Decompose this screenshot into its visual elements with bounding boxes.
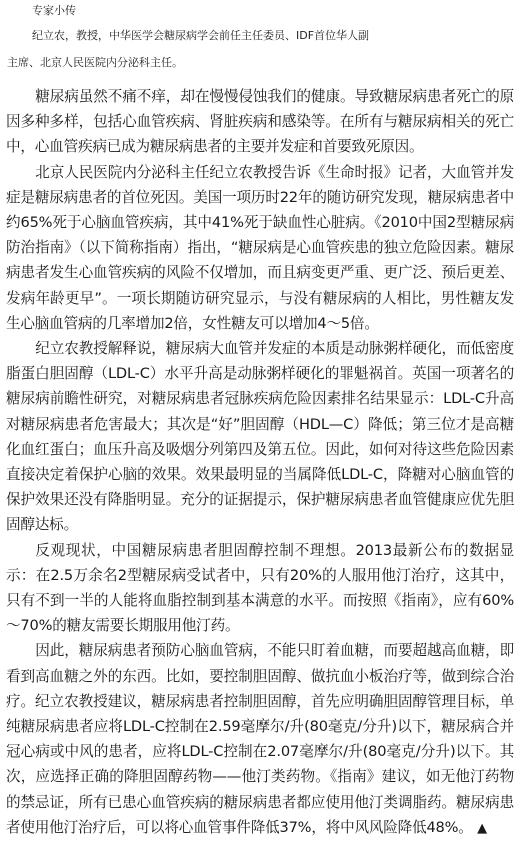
paragraph-1: 糖尿病虽然不痛不痒，却在慢慢侵蚀我们的健康。导致糖尿病患者死亡的原因多种多样，包… xyxy=(6,84,514,160)
article-body: 糖尿病虽然不痛不痒，却在慢慢侵蚀我们的健康。导致糖尿病患者死亡的原因多种多样，包… xyxy=(6,84,514,841)
end-triangle-icon: ▲ xyxy=(477,821,487,836)
paragraph-5-text: 因此，糖尿病患者预防心脑血管病，不能只盯着血糖，而要超越高血糖，即看到高血糖之外… xyxy=(6,642,514,835)
paragraph-5: 因此，糖尿病患者预防心脑血管病，不能只盯着血糖，而要超越高血糖，即看到高血糖之外… xyxy=(6,638,514,841)
paragraph-2: 北京人民医院内分泌科主任纪立农教授告诉《生命时报》记者，大血管并发症是糖尿病患者… xyxy=(6,160,514,336)
bio-heading: 专家小传 xyxy=(32,4,76,18)
paragraph-4: 反观现状，中国糖尿病患者胆固醇控制不理想。2013最新公布的数据显示：在2.5万… xyxy=(6,538,514,639)
bio-line-1: 纪立农，教授，中华医学会糖尿病学会前任主任委员、IDF首位华人副 xyxy=(32,29,369,43)
bio-line-2: 主席、北京人民医院内分泌科主任。 xyxy=(7,56,183,70)
paragraph-3: 纪立农教授解释说，糖尿病大血管并发症的本质是动脉粥样硬化，而低密度脂蛋白胆固醇（… xyxy=(6,336,514,538)
